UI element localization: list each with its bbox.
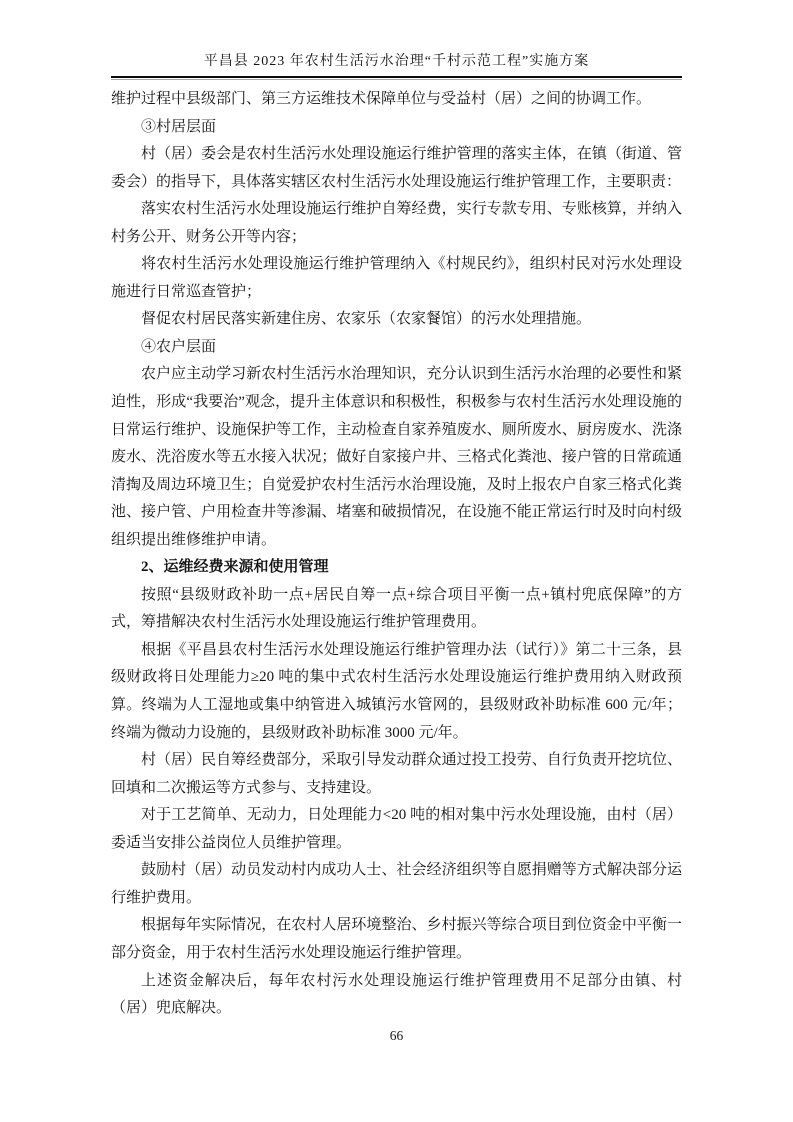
paragraph: 村（居）委会是农村生活污水处理设施运行维护管理的落实主体，在镇（街道、管委会）的…	[111, 141, 682, 196]
header-rule-thin	[111, 79, 682, 80]
page-header: 平昌县 2023 年农村生活污水治理“千村示范工程”实施方案	[111, 50, 682, 80]
paragraph: ③村居层面	[111, 114, 682, 142]
paragraph: 维护过程中县级部门、第三方运维技术保障单位与受益村（居）之间的协调工作。	[111, 86, 682, 114]
header-rule-thick	[111, 76, 682, 78]
paragraph: ④农户层面	[111, 334, 682, 362]
header-title: 平昌县 2023 年农村生活污水治理“千村示范工程”实施方案	[111, 50, 682, 76]
paragraph: 对于工艺简单、无动力，日处理能力<20 吨的相对集中污水处理设施，由村（居）委适…	[111, 802, 682, 857]
paragraph: 将农村生活污水处理设施运行维护管理纳入《村规民约》，组织村民对污水处理设施进行日…	[111, 251, 682, 306]
document-page: 平昌县 2023 年农村生活污水治理“千村示范工程”实施方案 维护过程中县级部门…	[0, 0, 793, 1122]
paragraph: 根据《平昌县农村生活污水处理设施运行维护管理办法（试行）》第二十三条，县级财政将…	[111, 637, 682, 747]
page-footer: 66	[0, 1028, 793, 1044]
paragraph: 鼓励村（居）动员发动村内成功人士、社会经济组织等自愿捐赠等方式解决部分运行维护费…	[111, 857, 682, 912]
paragraph: 上述资金解决后，每年农村污水处理设施运行维护管理费用不足部分由镇、村（居）兜底解…	[111, 968, 682, 1023]
paragraph: 农户应主动学习新农村生活污水治理知识，充分认识到生活污水治理的必要性和紧迫性，形…	[111, 361, 682, 554]
document-body: 维护过程中县级部门、第三方运维技术保障单位与受益村（居）之间的协调工作。③村居层…	[111, 86, 682, 1023]
page-number: 66	[390, 1028, 404, 1043]
section-heading: 2、运维经费来源和使用管理	[111, 554, 682, 582]
paragraph: 督促农村居民落实新建住房、农家乐（农家餐馆）的污水处理措施。	[111, 306, 682, 334]
paragraph: 根据每年实际情况，在农村人居环境整治、乡村振兴等综合项目到位资金中平衡一部分资金…	[111, 912, 682, 967]
paragraph: 按照“县级财政补助一点+居民自筹一点+综合项目平衡一点+镇村兜底保障”的方式，筹…	[111, 582, 682, 637]
paragraph: 村（居）民自筹经费部分，采取引导发动群众通过投工投劳、自行负责开挖坑位、回填和二…	[111, 747, 682, 802]
paragraph: 落实农村生活污水处理设施运行维护自筹经费，实行专款专用、专账核算，并纳入村务公开…	[111, 196, 682, 251]
